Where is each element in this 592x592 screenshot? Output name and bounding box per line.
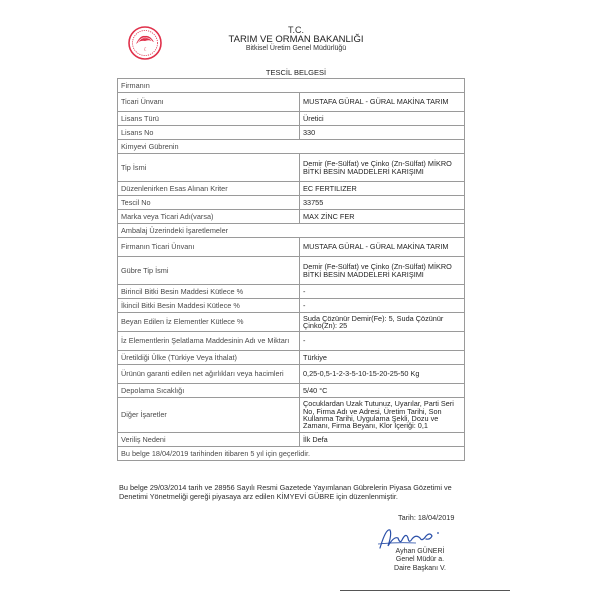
signer-block: Ayhan GÜNERİ Genel Müdür a. Daire Başkan…	[370, 548, 470, 573]
registration-no-value: 33755	[300, 196, 465, 210]
primary-nutrient-value: -	[300, 285, 465, 299]
trace-elements-label: Beyan Edilen İz Elementler Kütlece %	[118, 313, 300, 332]
table-row: Lisans No 330	[118, 126, 465, 140]
trade-name-value: MUSTAFA GÜRAL - GÜRAL MAKİNA TARIM	[300, 93, 465, 112]
legal-note: Bu belge 29/03/2014 tarih ve 28956 Sayıl…	[119, 484, 479, 501]
secondary-nutrient-label: İkincil Bitki Besin Maddesi Kütlece %	[118, 299, 300, 313]
signer-title-2: Daire Başkanı V.	[370, 565, 470, 573]
pkg-type-label: Gübre Tip İsmi	[118, 257, 300, 285]
table-row: Firmanın Ticari Ünvanı MUSTAFA GÜRAL - G…	[118, 238, 465, 257]
section-firm: Firmanın	[118, 79, 465, 93]
table-row: Bu belge 18/04/2019 tarihinden itibaren …	[118, 447, 465, 461]
chelating-value: -	[300, 332, 465, 351]
registration-no-label: Tescil No	[118, 196, 300, 210]
brand-value: MAX ZİNC FER	[300, 210, 465, 224]
table-row: Ticari Ünvanı MUSTAFA GÜRAL - GÜRAL MAKİ…	[118, 93, 465, 112]
net-weights-value: 0,25-0,5-1-2-3-5-10-15-20-25-50 Kg	[300, 365, 465, 384]
table-row: Lisans Türü Üretici	[118, 112, 465, 126]
validity-note: Bu belge 18/04/2019 tarihinden itibaren …	[118, 447, 465, 461]
criteria-value: EC FERTILIZER	[300, 182, 465, 196]
other-marks-value: Çocuklardan Uzak Tutunuz, Uyarılar, Part…	[300, 398, 465, 433]
primary-nutrient-label: Birincil Bitki Besin Maddesi Kütlece %	[118, 285, 300, 299]
trade-name-label: Ticari Ünvanı	[118, 93, 300, 112]
table-row: Gübre Tip İsmi Demir (Fe-Sülfat) ve Çink…	[118, 257, 465, 285]
section-fertilizer: Kimyevi Gübrenin	[118, 140, 465, 154]
document-title: TESCİL BELGESİ	[0, 68, 592, 77]
net-weights-label: Ürünün garanti edilen net ağırlıkları ve…	[118, 365, 300, 384]
registration-table: Firmanın Ticari Ünvanı MUSTAFA GÜRAL - G…	[117, 78, 465, 461]
table-row: Ürünün garanti edilen net ağırlıkları ve…	[118, 365, 465, 384]
storage-value: 5/40 °C	[300, 384, 465, 398]
trace-elements-value: Suda Çözünür Demir(Fe): 5, Suda Çözünür …	[300, 313, 465, 332]
chelating-label: İz Elementlerin Şelatlama Maddesinin Adı…	[118, 332, 300, 351]
signer-title-1: Genel Müdür a.	[370, 556, 470, 564]
section-packaging: Ambalaj Üzerindeki İşaretlemeler	[118, 224, 465, 238]
pkg-type-value: Demir (Fe-Sülfat) ve Çinko (Zn-Sülfat) M…	[300, 257, 465, 285]
table-row: Depolama Sıcaklığı 5/40 °C	[118, 384, 465, 398]
country-label: Üretildiği Ülke (Türkiye Veya İthalat)	[118, 351, 300, 365]
secondary-nutrient-value: -	[300, 299, 465, 313]
country-value: Türkiye	[300, 351, 465, 365]
storage-label: Depolama Sıcaklığı	[118, 384, 300, 398]
signer-name: Ayhan GÜNERİ	[370, 548, 470, 556]
table-row: Marka veya Ticari Adı(varsa) MAX ZİNC FE…	[118, 210, 465, 224]
license-no-label: Lisans No	[118, 126, 300, 140]
license-type-value: Üretici	[300, 112, 465, 126]
table-row: Firmanın	[118, 79, 465, 93]
table-row: Tip İsmi Demir (Fe-Sülfat) ve Çinko (Zn-…	[118, 154, 465, 182]
issue-reason-label: Veriliş Nedeni	[118, 433, 300, 447]
table-row: Düzenlenirken Esas Alınan Kriter EC FERT…	[118, 182, 465, 196]
table-row: İz Elementlerin Şelatlama Maddesinin Adı…	[118, 332, 465, 351]
table-row: Veriliş Nedeni İlk Defa	[118, 433, 465, 447]
type-name-label: Tip İsmi	[118, 154, 300, 182]
table-row: Beyan Edilen İz Elementler Kütlece % Sud…	[118, 313, 465, 332]
table-row: Ambalaj Üzerindeki İşaretlemeler	[118, 224, 465, 238]
pkg-firm-label: Firmanın Ticari Ünvanı	[118, 238, 300, 257]
brand-label: Marka veya Ticari Adı(varsa)	[118, 210, 300, 224]
table-row: Üretildiği Ülke (Türkiye Veya İthalat) T…	[118, 351, 465, 365]
issue-date: Tarih: 18/04/2019	[398, 513, 454, 522]
ministry-name: TARIM VE ORMAN BAKANLIĞI	[0, 35, 592, 44]
issue-reason-value: İlk Defa	[300, 433, 465, 447]
table-row: Birincil Bitki Besin Maddesi Kütlece % -	[118, 285, 465, 299]
table-row: Kimyevi Gübrenin	[118, 140, 465, 154]
pkg-firm-value: MUSTAFA GÜRAL - GÜRAL MAKİNA TARIM	[300, 238, 465, 257]
other-marks-label: Diğer İşaretler	[118, 398, 300, 433]
type-name-value: Demir (Fe-Sülfat) ve Çinko (Zn-Sülfat) M…	[300, 154, 465, 182]
directorate-name: Bitkisel Üretim Genel Müdürlüğü	[0, 44, 592, 53]
table-row: Tescil No 33755	[118, 196, 465, 210]
bottom-divider	[340, 590, 510, 591]
table-row: Diğer İşaretler Çocuklardan Uzak Tutunuz…	[118, 398, 465, 433]
license-type-label: Lisans Türü	[118, 112, 300, 126]
document-header: T.C. TARIM VE ORMAN BAKANLIĞI Bitkisel Ü…	[0, 26, 592, 53]
license-no-value: 330	[300, 126, 465, 140]
table-row: İkincil Bitki Besin Maddesi Kütlece % -	[118, 299, 465, 313]
criteria-label: Düzenlenirken Esas Alınan Kriter	[118, 182, 300, 196]
